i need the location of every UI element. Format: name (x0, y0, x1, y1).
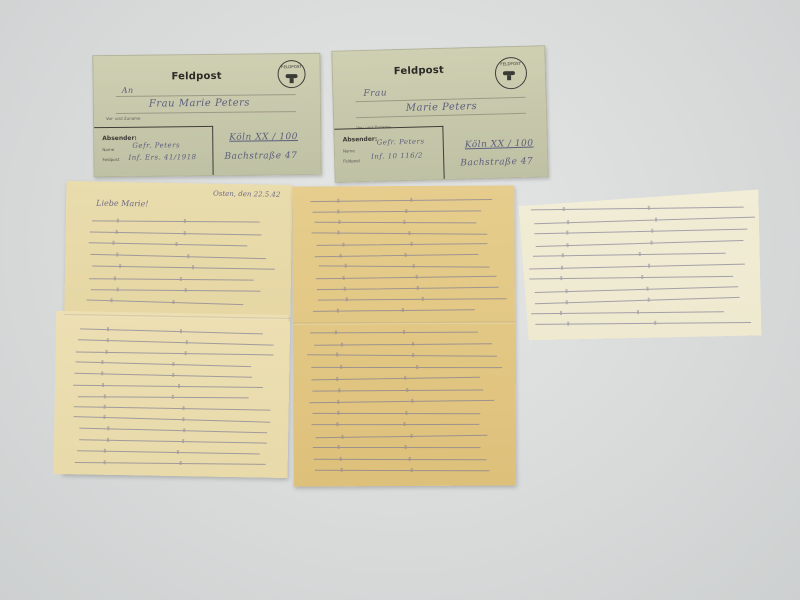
handwriting-stroke (89, 278, 254, 281)
recipient-name: Frau Marie Peters (149, 98, 250, 110)
handwriting-stroke (315, 254, 479, 258)
handwriting-stroke (314, 222, 476, 224)
handwriting-stroke (535, 286, 739, 293)
handwriting-lines (61, 181, 292, 478)
handwriting-stroke (317, 298, 506, 301)
recipient-street: Bachstraße 47 (224, 151, 297, 162)
recipient-city: Köln XX / 100 (229, 132, 298, 143)
handwriting-stroke (314, 343, 492, 346)
handwriting-stroke (310, 332, 478, 334)
handwritten-letter-1: Osten, den 22.5.42 Liebe Marie! (61, 181, 292, 478)
handwriting-stroke (92, 220, 260, 223)
handwriting-stroke (77, 450, 260, 455)
handwriting-stroke (92, 266, 275, 270)
handwriting-stroke (312, 210, 481, 213)
postmark-text: FELDPOST (278, 64, 304, 69)
handwriting-stroke (87, 299, 244, 305)
address-line (356, 113, 526, 118)
handwriting-lines (292, 185, 516, 486)
sender-name: Gefr. Peters (377, 137, 425, 146)
handwriting-stroke (311, 377, 480, 381)
handwriting-stroke (535, 322, 751, 325)
handwriting-stroke (90, 231, 262, 235)
recipient-prefix: An (122, 86, 134, 95)
name-field-label: Vor- und Zuname (106, 116, 141, 121)
postmark-stamp-icon: FELDPOST (495, 57, 528, 90)
handwriting-stroke (316, 243, 487, 246)
recipient-name: Marie Peters (406, 101, 478, 114)
handwriting-stroke (531, 311, 724, 314)
handwriting-stroke (315, 434, 487, 438)
handwriting-stroke (91, 253, 267, 259)
handwriting-stroke (311, 366, 502, 368)
recipient-street: Bachstraße 47 (460, 157, 533, 169)
handwriting-stroke (319, 265, 490, 268)
handwriting-stroke (313, 412, 481, 414)
handwriting-lines (518, 190, 761, 341)
handwriting-stroke (79, 439, 266, 444)
sender-address-label: Feldpost (343, 158, 360, 163)
handwriting-stroke (531, 207, 744, 211)
sender-unit: Inf. 10 116/2 (371, 151, 423, 160)
handwriting-stroke (317, 287, 499, 291)
handwriting-stroke (313, 309, 475, 312)
handwriting-stroke (309, 400, 494, 404)
handwriting-stroke (78, 396, 249, 398)
handwriting-stroke (76, 351, 274, 355)
handwriting-stroke (307, 354, 497, 357)
handwriting-stroke (311, 424, 479, 426)
handwriting-stroke (79, 428, 267, 434)
feldpost-envelope-2: Feldpost FELDPOST Frau Marie Peters Vor-… (331, 45, 548, 183)
handwriting-stroke (73, 416, 270, 423)
handwriting-stroke (74, 373, 252, 378)
sender-box: Absender: Name Feldpost Gefr. Peters Inf… (94, 126, 214, 176)
handwriting-stroke (312, 232, 488, 235)
handwriting-stroke (535, 239, 743, 246)
handwriting-stroke (312, 447, 480, 448)
handwriting-stroke (529, 276, 733, 280)
handwriting-stroke (529, 263, 745, 269)
handwriting-stroke (534, 229, 747, 235)
handwriting-stroke (312, 389, 483, 391)
sender-unit: Inf. Ers. 41/1918 (128, 153, 196, 162)
sender-label: Absender: (343, 136, 378, 144)
handwriting-stroke (316, 276, 497, 280)
handwriting-stroke (78, 339, 274, 346)
handwriting-stroke (534, 216, 755, 224)
recipient-city: Köln XX / 100 (465, 139, 534, 151)
recipient-prefix: Frau (363, 88, 387, 99)
feldpost-envelope-1: Feldpost FELDPOST An Frau Marie Peters V… (92, 53, 321, 177)
handwriting-stroke (88, 242, 247, 246)
handwriting-stroke (314, 458, 487, 460)
handwriting-stroke (91, 289, 261, 292)
address-line (116, 94, 296, 97)
handwriting-stroke (532, 253, 725, 257)
handwriting-stroke (75, 462, 266, 465)
handwriting-stroke (80, 328, 263, 334)
sender-name: Gefr. Peters (132, 141, 180, 150)
handwritten-letter-2 (292, 185, 516, 486)
postmark-stamp-icon: FELDPOST (277, 60, 305, 88)
handwritten-letter-3 (518, 190, 761, 341)
handwriting-stroke (74, 406, 271, 411)
address-line (116, 111, 296, 114)
handwriting-stroke (534, 297, 739, 305)
handwriting-stroke (315, 470, 490, 472)
sender-box: Absender: Name Feldpost Gefr. Peters Inf… (334, 126, 444, 182)
handwriting-stroke (311, 199, 493, 202)
postmark-text: FELDPOST (496, 61, 526, 67)
sender-address-label: Feldpost (102, 157, 119, 162)
sender-name-label: Name (343, 148, 355, 153)
sender-name-label: Name (102, 147, 114, 152)
photo-scene: Feldpost FELDPOST An Frau Marie Peters V… (0, 0, 800, 600)
handwriting-stroke (73, 385, 263, 389)
handwriting-stroke (76, 361, 252, 367)
